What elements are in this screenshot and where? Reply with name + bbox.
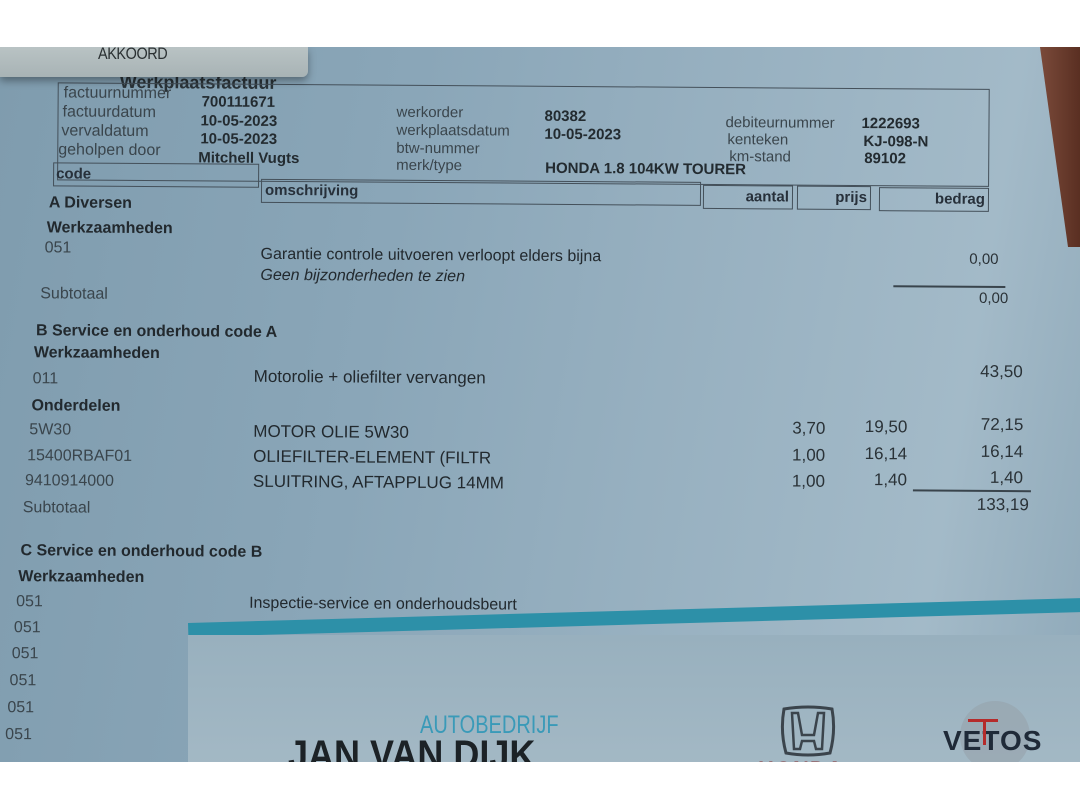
section-b-subheading-parts: Onderdelen [31,397,120,416]
label-werkorder: werkorder [396,104,463,121]
section-b-subtotal-label: Subtotaal [23,499,91,517]
section-a-row-bedrag: 0,00 [928,250,998,267]
part-row-3-prijs: 1,40 [837,470,907,490]
section-c-row-desc: Inspectie-service en onderhoudsbeurt [249,595,517,615]
section-a-row-code: 051 [45,239,72,257]
company-name: JAN VAN DIJK [288,733,535,762]
value-merk-type: HONDA 1.8 104KW TOURER [545,160,746,178]
value-debiteurnummer: 1222693 [861,115,920,132]
part-row-1-bedrag: 72,15 [953,415,1023,435]
label-btw-nummer: btw-nummer [396,140,479,158]
part-row-2-bedrag: 16,14 [953,442,1023,462]
section-a-subtotal-label: Subtotaal [40,285,108,303]
honda-logo-icon [778,705,838,757]
label-werkplaatsdatum: werkplaatsdatum [396,122,510,140]
part-row-1-desc: MOTOR OLIE 5W30 [253,422,409,443]
section-a-subheading: Werkzaamheden [47,219,173,238]
column-header-code: code [53,162,259,187]
part-row-1-prijs: 19,50 [837,417,907,437]
label-debiteurnummer: debiteurnummer [725,114,834,132]
section-b-work-code: 011 [33,370,59,388]
section-c-title: C Service en onderhoud code B [20,542,262,562]
part-row-1-code: 5W30 [29,421,71,439]
column-header-prijs: prijs [797,186,871,211]
part-row-3-code: 9410914000 [25,472,114,491]
section-a-row-desc: Garantie controle uitvoeren verloopt eld… [260,246,601,266]
section-c-subheading: Werkzaamheden [18,568,144,587]
subtotal-rule [893,285,1005,287]
section-b-subheading-work: Werkzaamheden [34,344,160,363]
sticker-text: AKKOORD [98,47,167,64]
value-factuurnummer: 700111671 [202,93,276,111]
column-prijs-label: prijs [835,189,867,206]
column-header-bedrag: bedrag [879,187,989,212]
value-kenteken: KJ-098-N [863,133,928,150]
column-bedrag-label: bedrag [935,191,985,208]
label-factuurnummer: factuurnummer [64,84,172,103]
section-a-title: A Diversen [49,194,132,213]
part-row-2-code: 15400RBAF01 [27,447,132,466]
section-b-work-desc: Motorolie + oliefilter vervangen [254,367,486,389]
column-omschrijving-label: omschrijving [265,182,358,200]
value-vervaldatum: 10-05-2023 [200,130,277,148]
section-c-code-3: 051 [12,645,39,663]
section-c-code-5: 051 [7,699,34,717]
section-c-code-2: 051 [14,619,41,637]
section-c-code-1: 051 [16,593,43,611]
vetos-tagline: IN TOYOTA GESPECIALISEERD [930,761,1077,762]
value-werkplaatsdatum: 10-05-2023 [544,126,621,144]
part-row-2-prijs: 16,14 [837,444,907,464]
part-row-2-desc: OLIEFILTER-ELEMENT (FILTR [253,447,491,469]
section-b-subtotal: 133,19 [959,495,1029,515]
column-header-omschrijving: omschrijving [261,179,701,206]
invoice-photo: Werkplaatsfactuur factuurnummer 70011167… [0,47,1080,762]
approval-sticker: AKKOORD [0,47,308,77]
value-factuurdatum: 10-05-2023 [200,112,277,130]
section-c-code-4: 051 [10,672,37,690]
column-aantal-label: aantal [746,188,789,205]
part-row-1-aantal: 3,70 [755,418,825,438]
section-b-work-bedrag: 43,50 [953,362,1023,382]
part-row-3-bedrag: 1,40 [953,468,1023,488]
part-row-3-aantal: 1,00 [755,471,825,491]
vetos-wordmark: VETOS [943,725,1042,757]
letterhead-footer: AUTOBEDRIJF JAN VAN DIJK HONDA VETOS IN … [188,635,1080,762]
section-a-subtotal: 0,00 [938,290,1008,307]
label-vervaldatum: vervaldatum [61,122,148,141]
column-code-label: code [56,165,91,182]
label-factuurdatum: factuurdatum [62,103,156,122]
label-merk-type: merk/type [396,157,462,174]
part-row-3-desc: SLUITRING, AFTAPPLUG 14MM [253,472,504,494]
vetos-t-stem [983,719,986,745]
section-a-row-note: Geen bijzonderheden te zien [260,267,465,286]
section-b-title: B Service en onderhoud code A [36,322,277,342]
section-c-code-6: 051 [5,726,32,744]
value-werkorder: 80382 [544,108,586,125]
column-header-aantal: aantal [703,185,793,210]
honda-wordmark: HONDA [758,757,844,762]
label-geholpen-door: geholpen door [58,141,160,160]
label-kenteken: kenteken [727,131,788,148]
value-km-stand: 89102 [864,150,906,167]
subtotal-rule [913,489,1031,491]
label-km-stand: km-stand [729,148,791,165]
part-row-2-aantal: 1,00 [755,445,825,465]
